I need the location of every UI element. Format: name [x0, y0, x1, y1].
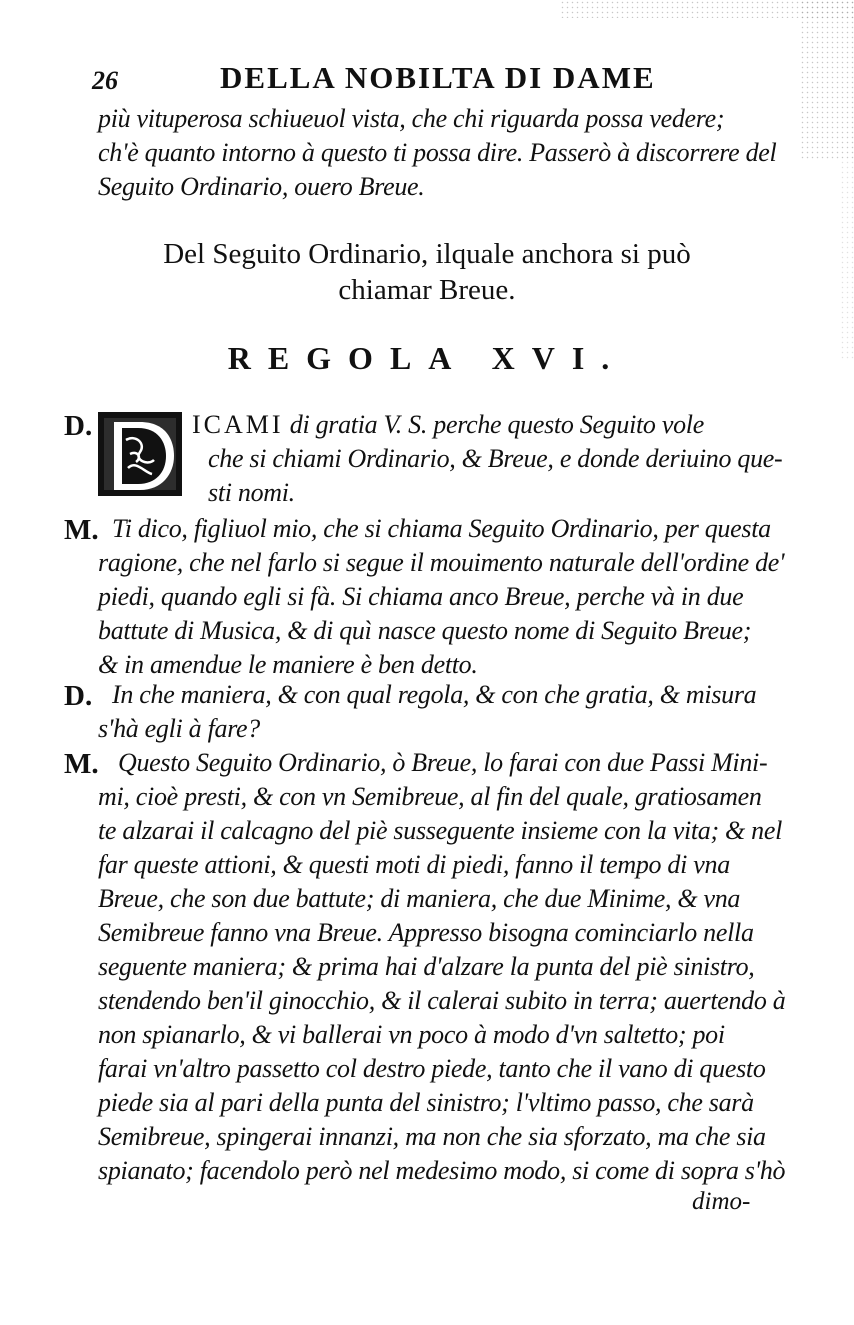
- page-header: 26 DELLA NOBILTA DI DAME: [92, 60, 792, 100]
- section-title: Del Seguito Ordinario, ilquale anchora s…: [0, 238, 854, 271]
- text-line: Ti dico, figliuol mio, che si chiama Seg…: [112, 514, 771, 544]
- text-line: Breue, che son due battute; di maniera, …: [98, 884, 740, 914]
- text-line: ICAMI di gratia V. S. perche questo Segu…: [192, 410, 704, 440]
- text-line: te alzarai il calcagno del piè susseguen…: [98, 816, 782, 846]
- speaker-label: D.: [64, 680, 92, 713]
- scan-noise: [800, 0, 854, 160]
- text-line: farai vn'altro passetto col destro piede…: [98, 1054, 766, 1084]
- text-line: battute di Musica, & di quì nasce questo…: [98, 616, 751, 646]
- section-title: chiamar Breue.: [0, 274, 854, 307]
- text-line: più vituperosa schiueuol vista, che chi …: [98, 104, 724, 134]
- text-line: piedi, quando egli si fà. Si chiama anco…: [98, 582, 743, 612]
- text-line: spianato; facendolo però nel medesimo mo…: [98, 1156, 785, 1186]
- first-word-smallcaps: ICAMI: [192, 410, 284, 439]
- rule-heading: REGOLA XVI.: [0, 340, 854, 377]
- text-line: & in amendue le maniere è ben detto.: [98, 650, 478, 680]
- text-line: Questo Seguito Ordinario, ò Breue, lo fa…: [118, 748, 767, 778]
- text-line: far queste attioni, & questi moti di pie…: [98, 850, 730, 880]
- speaker-label: M.: [64, 748, 99, 781]
- text-line: Semibreue, spingerai innanzi, ma non che…: [98, 1122, 766, 1152]
- speaker-label: M.: [64, 514, 99, 547]
- text-line: Seguito Ordinario, ouero Breue.: [98, 172, 425, 202]
- text-line: piede sia al pari della punta del sinist…: [98, 1088, 754, 1118]
- running-title: DELLA NOBILTA DI DAME: [220, 60, 656, 96]
- text-line: ragione, che nel farlo si segue il mouim…: [98, 548, 784, 578]
- ornamental-drop-cap-icon: D: [96, 410, 184, 498]
- text-span: di gratia V. S. perche questo Seguito vo…: [284, 410, 704, 439]
- text-line: che si chiami Ordinario, & Breue, e dond…: [208, 444, 782, 474]
- speaker-label: D.: [64, 410, 92, 443]
- text-line: In che maniera, & con qual regola, & con…: [112, 680, 756, 710]
- catchword: dimo-: [692, 1188, 750, 1216]
- text-line: seguente maniera; & prima hai d'alzare l…: [98, 952, 754, 982]
- page-number: 26: [92, 66, 118, 96]
- text-line: non spianarlo, & vi ballerai vn poco à m…: [98, 1020, 725, 1050]
- book-page: 26 DELLA NOBILTA DI DAME più vituperosa …: [0, 0, 854, 1325]
- text-line: mi, cioè presti, & con vn Semibreue, al …: [98, 782, 762, 812]
- text-line: stendendo ben'il ginocchio, & il calerai…: [98, 986, 785, 1016]
- text-line: sti nomi.: [208, 478, 295, 508]
- text-line: ch'è quanto intorno à questo ti possa di…: [98, 138, 776, 168]
- text-line: s'hà egli à fare?: [98, 714, 260, 744]
- text-line: Semibreue fanno vna Breue. Appresso biso…: [98, 918, 754, 948]
